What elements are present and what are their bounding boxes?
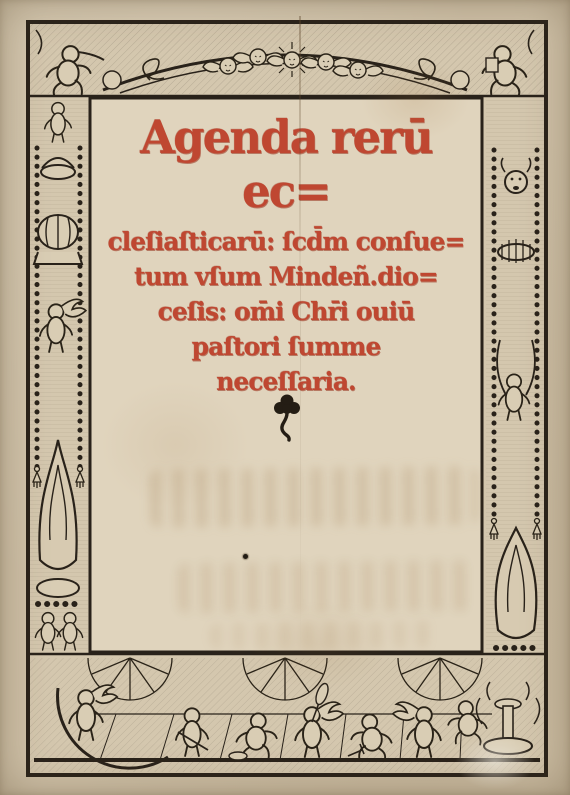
book-icon <box>486 58 498 72</box>
title-panel: Agenda rerū ec= cleſiaſticarū: ſcd̄m con… <box>90 98 482 652</box>
title-line-2: cleſiaſticarū: ſcd̄m conſue= <box>90 224 482 259</box>
wormhole-spot <box>243 554 248 559</box>
hedera-leaf-icon <box>268 391 306 443</box>
title-line-3: tum vſum Mindeñ.dio= <box>90 259 482 294</box>
title-line-1: Agenda rerū ec= <box>94 110 478 218</box>
title-line-4: ceſis: om̄i Chr̄i ouiū <box>90 294 482 329</box>
title-text-block: Agenda rerū ec= cleſiaſticarū: ſcd̄m con… <box>90 98 482 399</box>
title-line-5: paſtori ſumme <box>90 329 482 364</box>
bowl-icon <box>229 752 247 760</box>
book-title-page: Agenda rerū ec= cleſiaſticarū: ſcd̄m con… <box>0 0 570 795</box>
